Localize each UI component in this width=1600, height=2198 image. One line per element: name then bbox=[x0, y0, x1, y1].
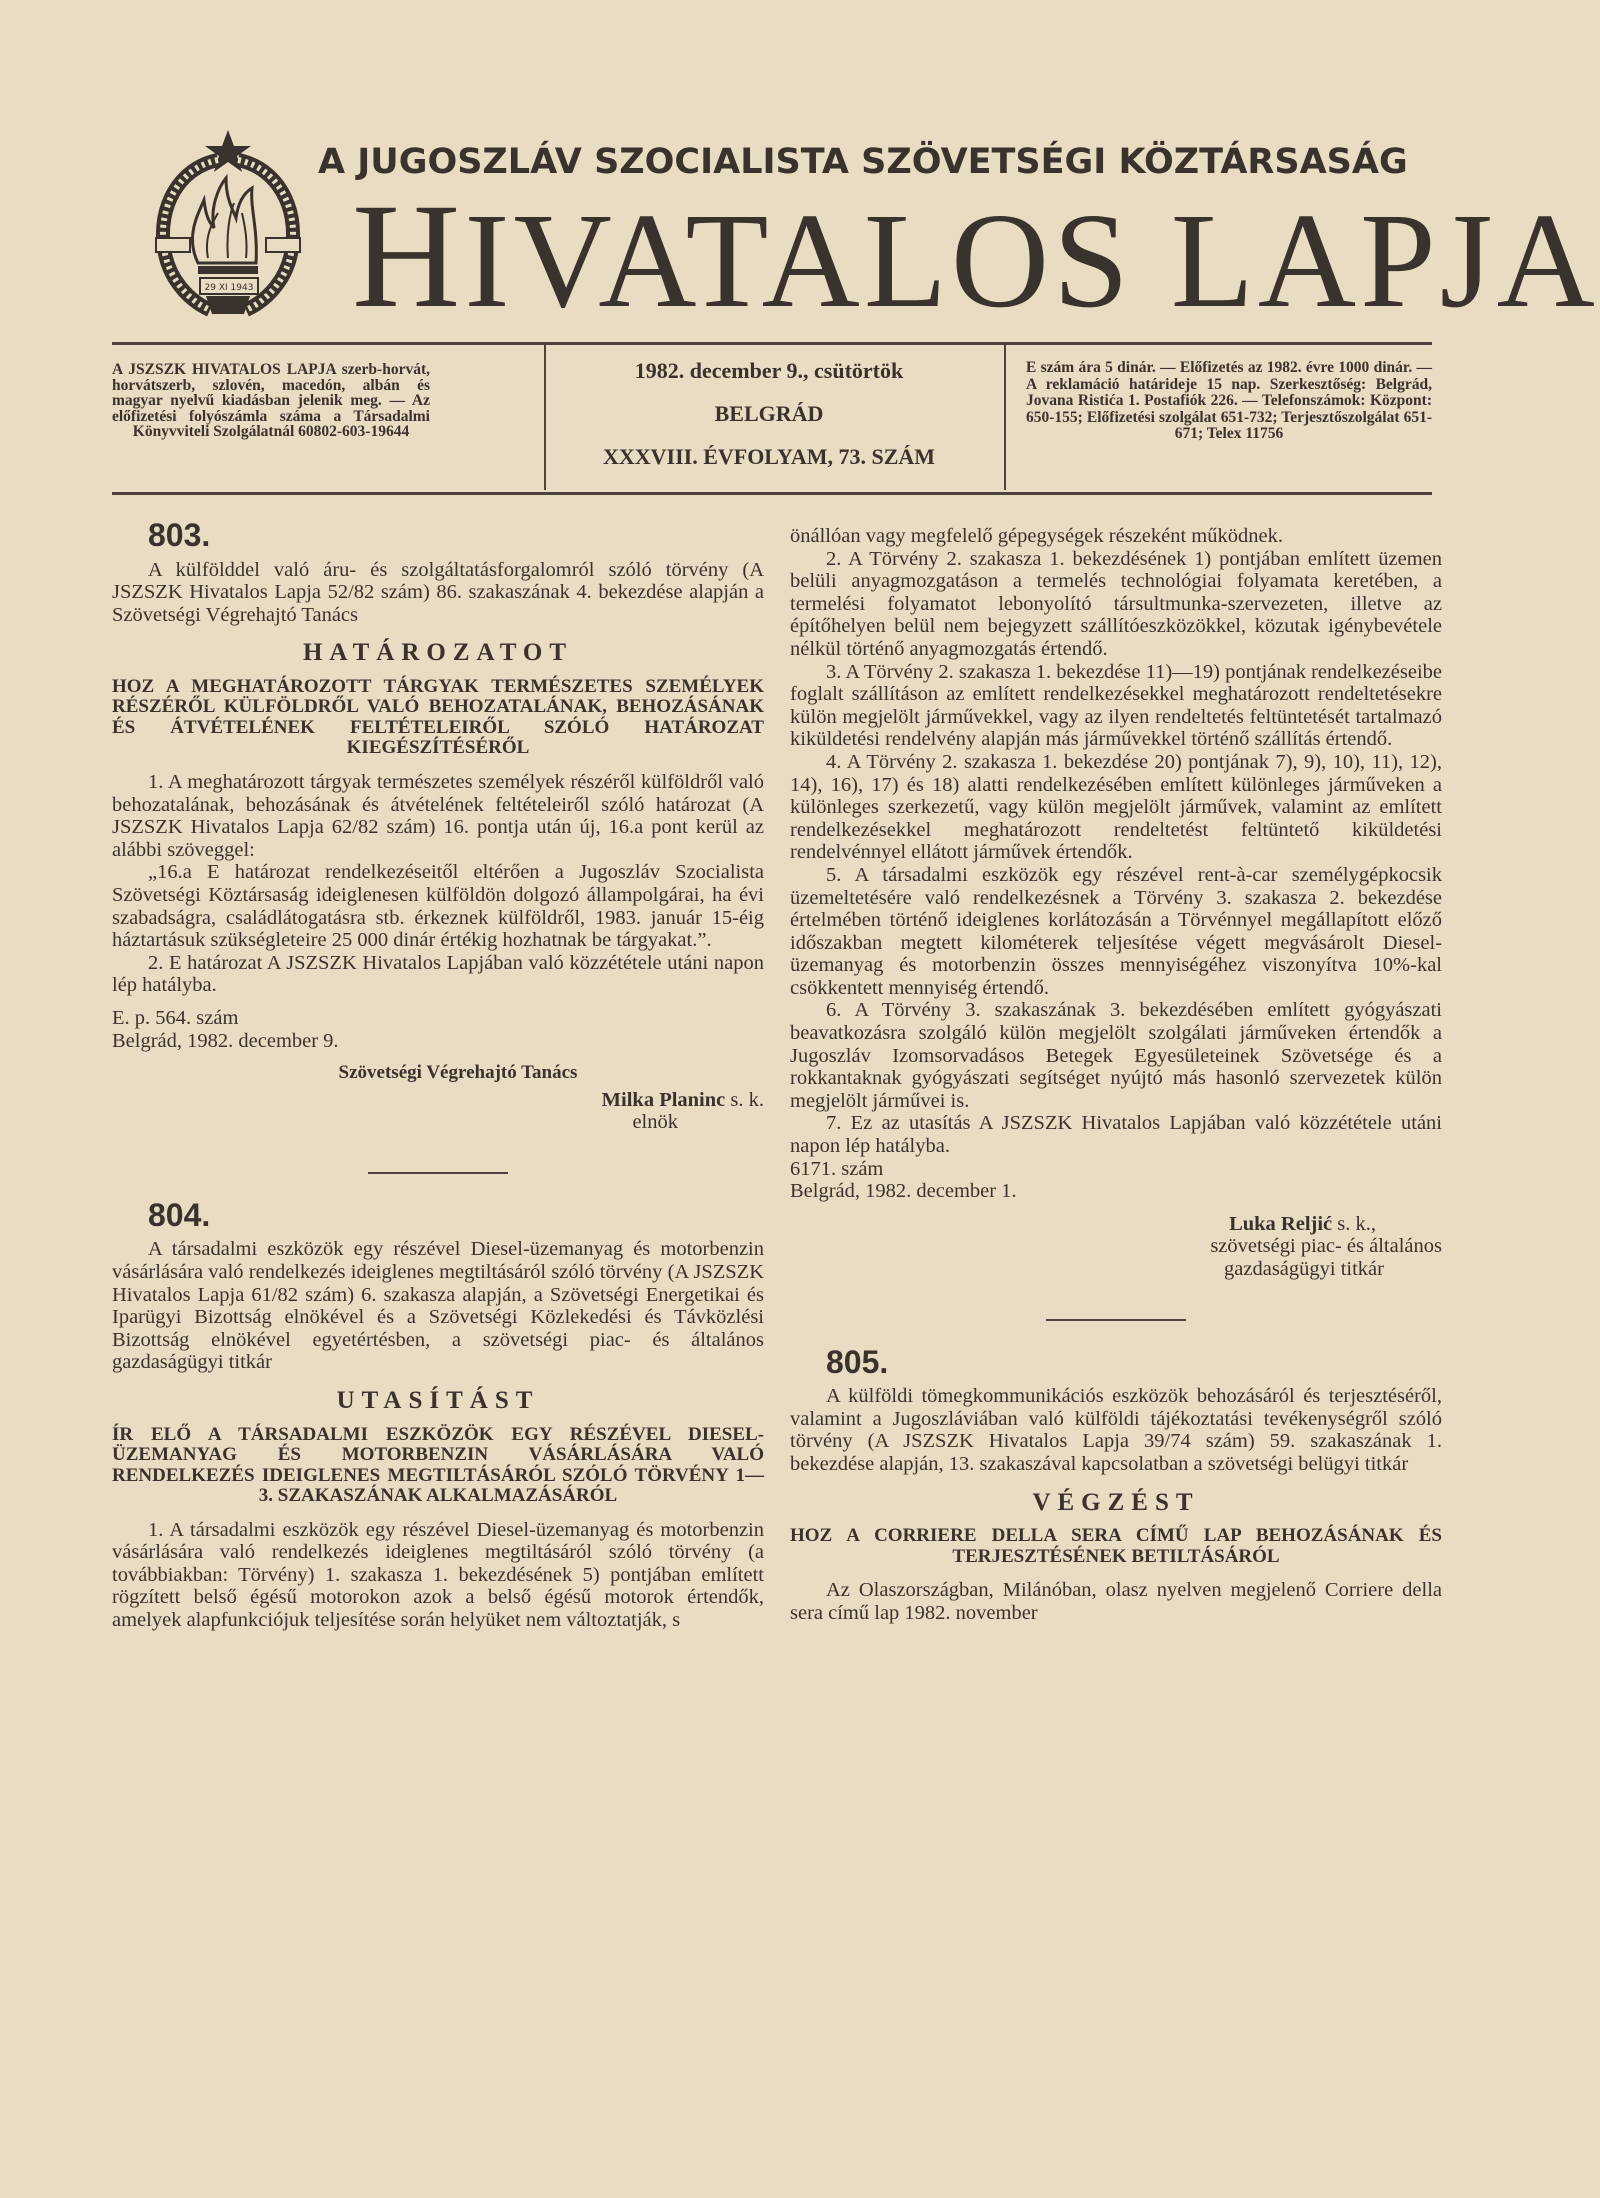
doc-803-ref: E. p. 564. szám bbox=[112, 1007, 764, 1030]
masthead-title: HIVATALOS LAPJA bbox=[352, 188, 1452, 329]
doc-805-paragraph: Az Olaszországban, Milánóban, olasz nyel… bbox=[790, 1579, 1442, 1624]
doc-804-place-date: Belgrád, 1982. december 1. bbox=[790, 1180, 1442, 1203]
doc-804-paragraph-cont: önállóan vagy megfelelő gépegységek rész… bbox=[790, 525, 1442, 548]
doc-804-type: UTASÍTÁST bbox=[112, 1390, 764, 1413]
svg-text:29 XI 1943: 29 XI 1943 bbox=[205, 283, 254, 293]
doc-803-signer-role: elnök bbox=[112, 1111, 764, 1134]
publication-info: A JSZSZK HIVATALOS LAPJA szerb-horvát, h… bbox=[112, 362, 430, 440]
doc-803-paragraph: 1. A meghatározott tárgyak természetes s… bbox=[112, 771, 764, 861]
doc-number-804: 804. bbox=[148, 1204, 764, 1227]
header-rule-bottom bbox=[112, 492, 1432, 495]
doc-number-805: 805. bbox=[826, 1351, 1442, 1374]
doc-804-paragraph: 6. A Törvény 3. szakaszának 3. bekezdésé… bbox=[790, 999, 1442, 1112]
doc-805-type: VÉGZÉST bbox=[790, 1492, 1442, 1515]
doc-803-heading: HOZ A MEGHATÁROZOTT TÁRGYAK TERMÉSZETES … bbox=[112, 677, 764, 759]
doc-804-signer-role: gazdaságügyi titkár bbox=[790, 1258, 1442, 1281]
doc-803-preamble: A külfölddel való áru- és szolgáltatásfo… bbox=[112, 559, 764, 627]
doc-804-signer-role: szövetségi piac- és általános bbox=[790, 1235, 1442, 1258]
yugoslav-coat-of-arms-icon: 29 XI 1943 bbox=[148, 128, 308, 328]
masthead-kicker: A JUGOSZLÁV SZOCIALISTA SZÖVETSÉGI KÖZTÁ… bbox=[318, 142, 1448, 182]
doc-803-issuing-body: Szövetségi Végrehajtó Tanács bbox=[112, 1062, 764, 1085]
column-left: 803. A külfölddel való áru- és szolgálta… bbox=[112, 520, 764, 1632]
doc-804-paragraph: 4. A Törvény 2. szakasza 1. bekezdése 20… bbox=[790, 751, 1442, 864]
doc-804-paragraph: 2. A Törvény 2. szakasza 1. bekezdésének… bbox=[790, 548, 1442, 661]
doc-803-paragraph: 2. E határozat A JSZSZK Hivatalos Lapjáb… bbox=[112, 952, 764, 997]
doc-804-paragraph: 5. A társadalmi eszközök egy részével re… bbox=[790, 864, 1442, 1000]
issue-volume: XXXVIII. ÉVFOLYAM, 73. SZÁM bbox=[548, 446, 990, 468]
doc-804-paragraph: 3. A Törvény 2. szakasza 1. bekezdése 11… bbox=[790, 661, 1442, 751]
doc-803-type: HATÁROZATOT bbox=[112, 642, 764, 665]
issue-info: 1982. december 9., csütörtök BELGRÁD XXX… bbox=[548, 360, 990, 489]
issue-city: BELGRÁD bbox=[548, 403, 990, 425]
doc-804-preamble: A társadalmi eszközök egy részével Diese… bbox=[112, 1238, 764, 1374]
doc-805-preamble: A külföldi tömegkommunikációs eszközök b… bbox=[790, 1385, 1442, 1475]
doc-804-signature: Luka Reljić s. k., szövetségi piac- és á… bbox=[790, 1213, 1442, 1281]
gazette-page: 29 XI 1943 A JUGOSZLÁV SZOCIALISTA SZÖVE… bbox=[0, 0, 1600, 2198]
doc-804-heading: ÍR ELŐ A TÁRSADALMI ESZKÖZÖK EGY RÉSZÉVE… bbox=[112, 1425, 764, 1507]
column-right: önállóan vagy megfelelő gépegységek rész… bbox=[790, 525, 1442, 1624]
header-divider-left bbox=[544, 345, 546, 490]
section-divider bbox=[1046, 1319, 1186, 1321]
doc-803-place-date: Belgrád, 1982. december 9. bbox=[112, 1030, 764, 1053]
doc-805-heading: HOZ A CORRIERE DELLA SERA CÍMŰ LAP BEHOZ… bbox=[790, 1526, 1442, 1567]
subscription-info: E szám ára 5 dinár. — Előfizetés az 1982… bbox=[1026, 360, 1432, 443]
issue-date: 1982. december 9., csütörtök bbox=[548, 360, 990, 382]
doc-803-signer: Milka Planinc s. k. bbox=[112, 1089, 764, 1112]
doc-804-paragraph: 1. A társadalmi eszközök egy részével Di… bbox=[112, 1519, 764, 1632]
doc-804-paragraph: 7. Ez az utasítás A JSZSZK Hivatalos Lap… bbox=[790, 1112, 1442, 1157]
doc-803-paragraph: „16.a E határozat rendelkezéseitől eltér… bbox=[112, 861, 764, 951]
doc-804-signer: Luka Reljić s. k., bbox=[790, 1213, 1442, 1236]
header-divider-right bbox=[1004, 345, 1006, 490]
doc-number-803: 803. bbox=[148, 524, 764, 547]
header-rule-top bbox=[112, 342, 1432, 345]
doc-804-ref: 6171. szám bbox=[790, 1158, 1442, 1181]
section-divider bbox=[368, 1172, 508, 1174]
